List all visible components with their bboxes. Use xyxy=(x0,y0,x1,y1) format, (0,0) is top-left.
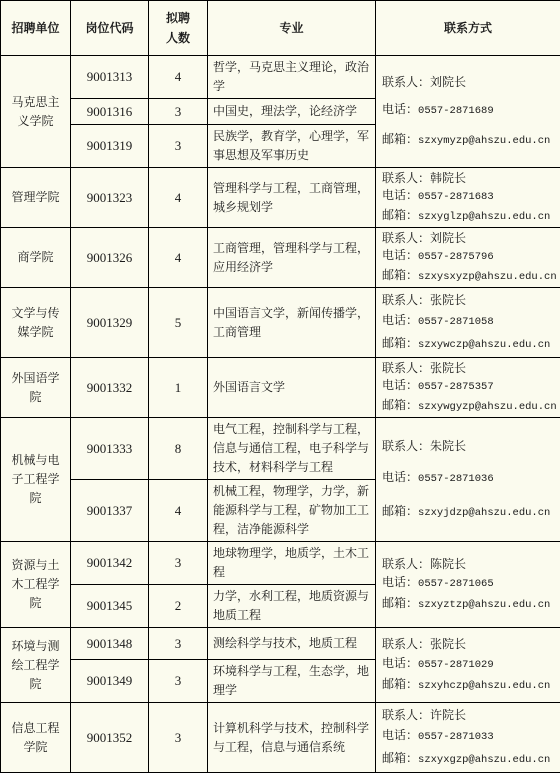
contact-phone-value: 0557-2875796 xyxy=(418,251,494,263)
contact-person-value: 朱院长 xyxy=(430,439,466,453)
count-cell: 4 xyxy=(149,480,208,542)
major-cell: 工商管理，管理科学与工程，应用经济学 xyxy=(208,228,376,288)
code-cell: 9001337 xyxy=(71,480,149,542)
contact-person-value: 陈院长 xyxy=(430,557,466,571)
contact-email-value: szxyglzp@ahszu.edu.cn xyxy=(418,211,550,223)
contact-email-label: 邮箱： xyxy=(382,751,418,765)
code-cell: 9001316 xyxy=(71,99,149,125)
contact-email-label: 邮箱： xyxy=(382,132,418,146)
header-count-line1: 拟聘 xyxy=(151,8,205,28)
contact-person-value: 许院长 xyxy=(430,708,466,722)
contact-person: 联系人：刘院长 xyxy=(382,74,560,90)
major-cell: 外国语言文学 xyxy=(208,358,376,418)
contact-person-label: 联系人： xyxy=(382,557,430,571)
code-cell: 9001349 xyxy=(71,660,149,703)
count-cell: 3 xyxy=(149,660,208,703)
contact-phone-value: 0557-2875357 xyxy=(418,381,494,393)
table-row: 资源与土木工程学院 9001342 3 地球物理学，地质学，土木工程 联系人：陈… xyxy=(1,542,560,585)
contact-cell: 联系人：刘院长 电话：0557-2875796 邮箱：szxysxyzp@ahs… xyxy=(376,228,560,288)
contact-person-label: 联系人： xyxy=(382,171,430,185)
count-cell: 4 xyxy=(149,228,208,288)
contact-email: 邮箱：szxywgyzp@ahszu.edu.cn xyxy=(382,397,560,415)
count-cell: 2 xyxy=(149,585,208,628)
table-row: 管理学院 9001323 4 管理科学与工程，工商管理，城乡规划学 联系人：韩院… xyxy=(1,168,560,228)
unit-cell: 商学院 xyxy=(1,228,71,288)
header-contact: 联系方式 xyxy=(376,1,560,56)
contact-phone-value: 0557-2871029 xyxy=(418,659,494,671)
contact-phone-label: 电话： xyxy=(382,188,418,202)
code-cell: 9001332 xyxy=(71,358,149,418)
contact-email-value: szxywgyzp@ahszu.edu.cn xyxy=(418,401,557,413)
code-cell: 9001345 xyxy=(71,585,149,628)
contact-cell: 联系人：张院长 电话：0557-2875357 邮箱：szxywgyzp@ahs… xyxy=(376,358,560,418)
contact-email: 邮箱：szxymyzp@ahszu.edu.cn xyxy=(382,131,560,149)
count-cell: 3 xyxy=(149,542,208,585)
contact-person-label: 联系人： xyxy=(382,361,430,375)
header-row: 招聘单位 岗位代码 拟聘 人数 专业 联系方式 xyxy=(1,1,560,56)
table-row: 马克思主义学院 9001313 4 哲学，马克思主义理论，政治学 联系人：刘院长… xyxy=(1,56,560,99)
contact-email-value: szxyxgzp@ahszu.edu.cn xyxy=(418,754,550,766)
code-cell: 9001319 xyxy=(71,125,149,168)
contact-email: 邮箱：szxysxyzp@ahszu.edu.cn xyxy=(382,267,560,285)
code-cell: 9001333 xyxy=(71,418,149,480)
contact-person: 联系人：张院长 xyxy=(382,292,560,308)
contact-email-label: 邮箱： xyxy=(382,504,418,518)
table-row: 外国语学院 9001332 1 外国语言文学 联系人：张院长 电话：0557-2… xyxy=(1,358,560,418)
contact-email: 邮箱：szxyxgzp@ahszu.edu.cn xyxy=(382,750,560,768)
contact-cell: 联系人：张院长 电话：0557-2871058 邮箱：szxywczp@ahsz… xyxy=(376,288,560,358)
header-count: 拟聘 人数 xyxy=(149,1,208,56)
contact-cell: 联系人：陈院长 电话：0557-2871065 邮箱：szxyztzp@ahsz… xyxy=(376,542,560,628)
major-cell: 哲学，马克思主义理论，政治学 xyxy=(208,56,376,99)
contact-cell: 联系人：张院长 电话：0557-2871029 邮箱：szxyhczp@ahsz… xyxy=(376,628,560,703)
contact-phone: 电话：0557-2875796 xyxy=(382,247,560,265)
code-cell: 9001323 xyxy=(71,168,149,228)
contact-cell: 联系人：许院长 电话：0557-2871033 邮箱：szxyxgzp@ahsz… xyxy=(376,703,560,773)
contact-email-label: 邮箱： xyxy=(382,268,418,282)
contact-phone-label: 电话： xyxy=(382,102,418,116)
major-cell: 管理科学与工程，工商管理，城乡规划学 xyxy=(208,168,376,228)
contact-email: 邮箱：szxyhczp@ahszu.edu.cn xyxy=(382,676,560,694)
contact-phone: 电话：0557-2871058 xyxy=(382,312,560,330)
major-cell: 环境科学与工程，生态学，地理学 xyxy=(208,660,376,703)
code-cell: 9001329 xyxy=(71,288,149,358)
code-cell: 9001326 xyxy=(71,228,149,288)
contact-person: 联系人：韩院长 xyxy=(382,170,560,186)
recruitment-table: 招聘单位 岗位代码 拟聘 人数 专业 联系方式 马克思主义学院 9001313 … xyxy=(0,0,560,773)
contact-person: 联系人：张院长 xyxy=(382,636,560,652)
contact-email-label: 邮箱： xyxy=(382,336,418,350)
major-cell: 计算机科学与技术，控制科学与工程，信息与通信系统 xyxy=(208,703,376,773)
contact-phone-value: 0557-2871058 xyxy=(418,316,494,328)
major-cell: 电气工程，控制科学与工程，信息与通信工程，电子科学与技术，材料科学与工程 xyxy=(208,418,376,480)
contact-phone-label: 电话： xyxy=(382,248,418,262)
code-cell: 9001313 xyxy=(71,56,149,99)
contact-person: 联系人：刘院长 xyxy=(382,230,560,246)
contact-phone: 电话：0557-2871033 xyxy=(382,727,560,745)
table-row: 信息工程学院 9001352 3 计算机科学与技术，控制科学与工程，信息与通信系… xyxy=(1,703,560,773)
count-cell: 5 xyxy=(149,288,208,358)
unit-cell: 机械与电子工程学院 xyxy=(1,418,71,542)
contact-person-value: 刘院长 xyxy=(430,75,466,89)
count-cell: 1 xyxy=(149,358,208,418)
contact-email-label: 邮箱： xyxy=(382,208,418,222)
contact-phone-value: 0557-2871065 xyxy=(418,578,494,590)
recruitment-page: 招聘单位 岗位代码 拟聘 人数 专业 联系方式 马克思主义学院 9001313 … xyxy=(0,0,560,696)
code-cell: 9001348 xyxy=(71,628,149,660)
contact-person: 联系人：张院长 xyxy=(382,360,560,376)
major-cell: 中国史，理法学，论经济学 xyxy=(208,99,376,125)
unit-cell: 外国语学院 xyxy=(1,358,71,418)
header-code: 岗位代码 xyxy=(71,1,149,56)
contact-email-value: szxyjdzp@ahszu.edu.cn xyxy=(418,507,550,519)
major-cell: 测绘科学与技术，地质工程 xyxy=(208,628,376,660)
contact-person-label: 联系人： xyxy=(382,75,430,89)
contact-cell: 联系人：韩院长 电话：0557-2871683 邮箱：szxyglzp@ahsz… xyxy=(376,168,560,228)
contact-phone-label: 电话： xyxy=(382,728,418,742)
contact-person: 联系人：陈院长 xyxy=(382,556,560,572)
contact-phone-label: 电话： xyxy=(382,470,418,484)
major-cell: 中国语言文学，新闻传播学，工商管理 xyxy=(208,288,376,358)
contact-person-label: 联系人： xyxy=(382,231,430,245)
contact-phone-label: 电话： xyxy=(382,313,418,327)
contact-email: 邮箱：szxywczp@ahszu.edu.cn xyxy=(382,335,560,353)
unit-cell: 信息工程学院 xyxy=(1,703,71,773)
contact-email: 邮箱：szxyglzp@ahszu.edu.cn xyxy=(382,207,560,225)
contact-phone: 电话：0557-2871065 xyxy=(382,574,560,592)
contact-phone-label: 电话： xyxy=(382,656,418,670)
table-row: 商学院 9001326 4 工商管理，管理科学与工程，应用经济学 联系人：刘院长… xyxy=(1,228,560,288)
contact-email-value: szxyztzp@ahszu.edu.cn xyxy=(418,599,550,611)
header-unit: 招聘单位 xyxy=(1,1,71,56)
contact-phone-value: 0557-2871033 xyxy=(418,731,494,743)
unit-cell: 管理学院 xyxy=(1,168,71,228)
table-row: 文学与传媒学院 9001329 5 中国语言文学，新闻传播学，工商管理 联系人：… xyxy=(1,288,560,358)
major-cell: 民族学，教育学，心理学，军事思想及军事历史 xyxy=(208,125,376,168)
contact-email: 邮箱：szxyjdzp@ahszu.edu.cn xyxy=(382,503,560,521)
contact-person-value: 韩院长 xyxy=(430,171,466,185)
count-cell: 3 xyxy=(149,99,208,125)
major-cell: 机械工程，物理学，力学，新能源科学与工程，矿物加工工程，洁净能源科学 xyxy=(208,480,376,542)
code-cell: 9001352 xyxy=(71,703,149,773)
contact-phone-label: 电话： xyxy=(382,575,418,589)
contact-email-label: 邮箱： xyxy=(382,677,418,691)
contact-phone-label: 电话： xyxy=(382,378,418,392)
count-cell: 4 xyxy=(149,56,208,99)
contact-person: 联系人：许院长 xyxy=(382,707,560,723)
contact-email-value: szxywczp@ahszu.edu.cn xyxy=(418,339,550,351)
contact-person-label: 联系人： xyxy=(382,293,430,307)
contact-phone: 电话：0557-2871029 xyxy=(382,655,560,673)
contact-phone-value: 0557-2871683 xyxy=(418,191,494,203)
contact-person-value: 刘院长 xyxy=(430,231,466,245)
contact-email-value: szxymyzp@ahszu.edu.cn xyxy=(418,135,550,147)
count-cell: 3 xyxy=(149,628,208,660)
contact-phone-value: 0557-2871689 xyxy=(418,105,494,117)
contact-person: 联系人：朱院长 xyxy=(382,438,560,454)
unit-cell: 马克思主义学院 xyxy=(1,56,71,168)
contact-phone-value: 0557-2871036 xyxy=(418,473,494,485)
contact-email-value: szxysxyzp@ahszu.edu.cn xyxy=(418,271,557,283)
count-cell: 8 xyxy=(149,418,208,480)
unit-cell: 文学与传媒学院 xyxy=(1,288,71,358)
contact-cell: 联系人：朱院长 电话：0557-2871036 邮箱：szxyjdzp@ahsz… xyxy=(376,418,560,542)
contact-person-value: 张院长 xyxy=(430,293,466,307)
contact-email: 邮箱：szxyztzp@ahszu.edu.cn xyxy=(382,595,560,613)
header-major: 专业 xyxy=(208,1,376,56)
code-cell: 9001342 xyxy=(71,542,149,585)
contact-person-value: 张院长 xyxy=(430,361,466,375)
count-cell: 3 xyxy=(149,703,208,773)
major-cell: 地球物理学，地质学，土木工程 xyxy=(208,542,376,585)
contact-email-label: 邮箱： xyxy=(382,596,418,610)
contact-phone: 电话：0557-2875357 xyxy=(382,377,560,395)
count-cell: 3 xyxy=(149,125,208,168)
unit-cell: 资源与土木工程学院 xyxy=(1,542,71,628)
contact-person-label: 联系人： xyxy=(382,439,430,453)
major-cell: 力学，水利工程，地质资源与地质工程 xyxy=(208,585,376,628)
contact-person-label: 联系人： xyxy=(382,637,430,651)
contact-person-label: 联系人： xyxy=(382,708,430,722)
count-cell: 4 xyxy=(149,168,208,228)
contact-phone: 电话：0557-2871036 xyxy=(382,469,560,487)
contact-phone: 电话：0557-2871689 xyxy=(382,101,560,119)
table-row: 环境与测绘工程学院 9001348 3 测绘科学与技术，地质工程 联系人：张院长… xyxy=(1,628,560,660)
contact-person-value: 张院长 xyxy=(430,637,466,651)
contact-email-label: 邮箱： xyxy=(382,398,418,412)
header-count-line2: 人数 xyxy=(151,28,205,48)
contact-email-value: szxyhczp@ahszu.edu.cn xyxy=(418,680,550,692)
unit-cell: 环境与测绘工程学院 xyxy=(1,628,71,703)
table-row: 机械与电子工程学院 9001333 8 电气工程，控制科学与工程，信息与通信工程… xyxy=(1,418,560,480)
contact-phone: 电话：0557-2871683 xyxy=(382,187,560,205)
contact-cell: 联系人：刘院长 电话：0557-2871689 邮箱：szxymyzp@ahsz… xyxy=(376,56,560,168)
